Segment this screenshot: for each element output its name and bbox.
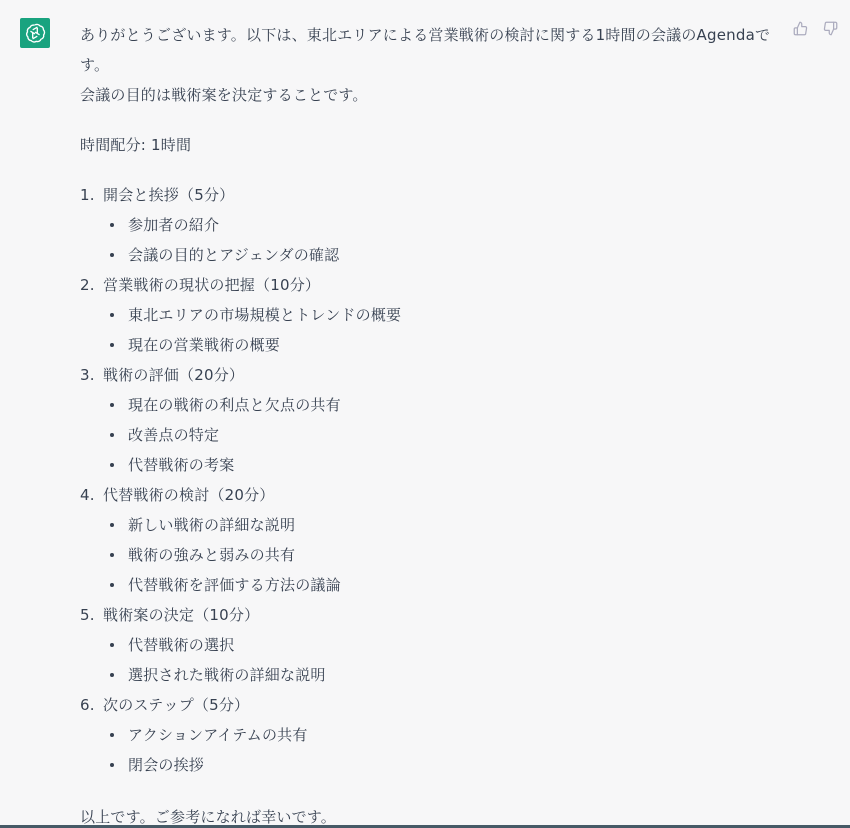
agenda-item: 4. 代替戦術の検討（20分） 新しい戦術の詳細な説明 戦術の強みと弱みの共有 …	[80, 480, 780, 600]
agenda-subitem: 新しい戦術の詳細な説明	[103, 510, 780, 540]
intro-line-2: 会議の目的は戦術案を決定することです。	[80, 86, 368, 104]
agenda-subitem: 現在の戦術の利点と欠点の共有	[103, 390, 780, 420]
agenda-subitem: 選択された戦術の詳細な説明	[103, 660, 780, 690]
agenda-subitems: アクションアイテムの共有 閉会の挨拶	[103, 720, 780, 780]
agenda-subitem: 代替戦術の考案	[103, 450, 780, 480]
agenda-item: 5. 戦術案の決定（10分） 代替戦術の選択 選択された戦術の詳細な説明	[80, 600, 780, 690]
agenda-title: 営業戦術の現状の把握（10分）	[103, 276, 320, 294]
agenda-subitem: 現在の営業戦術の概要	[103, 330, 780, 360]
agenda-subitem: アクションアイテムの共有	[103, 720, 780, 750]
agenda-item: 2. 営業戦術の現状の把握（10分） 東北エリアの市場規模とトレンドの概要 現在…	[80, 270, 780, 360]
agenda-subitem: 戦術の強みと弱みの共有	[103, 540, 780, 570]
intro-paragraph: ありがとうございます。以下は、東北エリアによる営業戦術の検討に関する1時間の会議…	[80, 20, 780, 110]
feedback-controls	[792, 20, 838, 36]
agenda-subitem: 参加者の紹介	[103, 210, 780, 240]
openai-logo-icon	[24, 22, 46, 44]
thumbs-down-button[interactable]	[822, 20, 838, 36]
agenda-number: 4.	[80, 480, 95, 510]
agenda-item: 6. 次のステップ（5分） アクションアイテムの共有 閉会の挨拶	[80, 690, 780, 780]
agenda-number: 2.	[80, 270, 95, 300]
agenda-subitem: 代替戦術の選択	[103, 630, 780, 660]
agenda-number: 3.	[80, 360, 95, 390]
agenda-number: 1.	[80, 180, 95, 210]
thumbs-up-button[interactable]	[792, 20, 808, 36]
agenda-subitem: 改善点の特定	[103, 420, 780, 450]
assistant-avatar	[20, 18, 50, 48]
agenda-subitems: 東北エリアの市場規模とトレンドの概要 現在の営業戦術の概要	[103, 300, 780, 360]
agenda-item: 3. 戦術の評価（20分） 現在の戦術の利点と欠点の共有 改善点の特定 代替戦術…	[80, 360, 780, 480]
intro-line-1: ありがとうございます。以下は、東北エリアによる営業戦術の検討に関する1時間の会議…	[80, 26, 770, 74]
agenda-subitem: 東北エリアの市場規模とトレンドの概要	[103, 300, 780, 330]
agenda-item: 1. 開会と挨拶（5分） 参加者の紹介 会議の目的とアジェンダの確認	[80, 180, 780, 270]
agenda-number: 6.	[80, 690, 95, 720]
message-content: ありがとうございます。以下は、東北エリアによる営業戦術の検討に関する1時間の会議…	[80, 20, 780, 828]
agenda-number: 5.	[80, 600, 95, 630]
agenda-title: 戦術案の決定（10分）	[103, 606, 259, 624]
agenda-subitems: 新しい戦術の詳細な説明 戦術の強みと弱みの共有 代替戦術を評価する方法の議論	[103, 510, 780, 600]
agenda-subitems: 現在の戦術の利点と欠点の共有 改善点の特定 代替戦術の考案	[103, 390, 780, 480]
agenda-subitems: 参加者の紹介 会議の目的とアジェンダの確認	[103, 210, 780, 270]
agenda-subitems: 代替戦術の選択 選択された戦術の詳細な説明	[103, 630, 780, 690]
assistant-message: ありがとうございます。以下は、東北エリアによる営業戦術の検討に関する1時間の会議…	[0, 0, 850, 825]
thumbs-down-icon	[823, 21, 838, 36]
agenda-subitem: 会議の目的とアジェンダの確認	[103, 240, 780, 270]
agenda-title: 代替戦術の検討（20分）	[103, 486, 275, 504]
agenda-title: 戦術の評価（20分）	[103, 366, 244, 384]
agenda-list: 1. 開会と挨拶（5分） 参加者の紹介 会議の目的とアジェンダの確認 2. 営業…	[80, 180, 780, 780]
time-allocation: 時間配分: 1時間	[80, 130, 780, 160]
agenda-subitem: 閉会の挨拶	[103, 750, 780, 780]
agenda-title: 開会と挨拶（5分）	[103, 186, 234, 204]
agenda-subitem: 代替戦術を評価する方法の議論	[103, 570, 780, 600]
agenda-title: 次のステップ（5分）	[103, 696, 249, 714]
thumbs-up-icon	[793, 21, 808, 36]
